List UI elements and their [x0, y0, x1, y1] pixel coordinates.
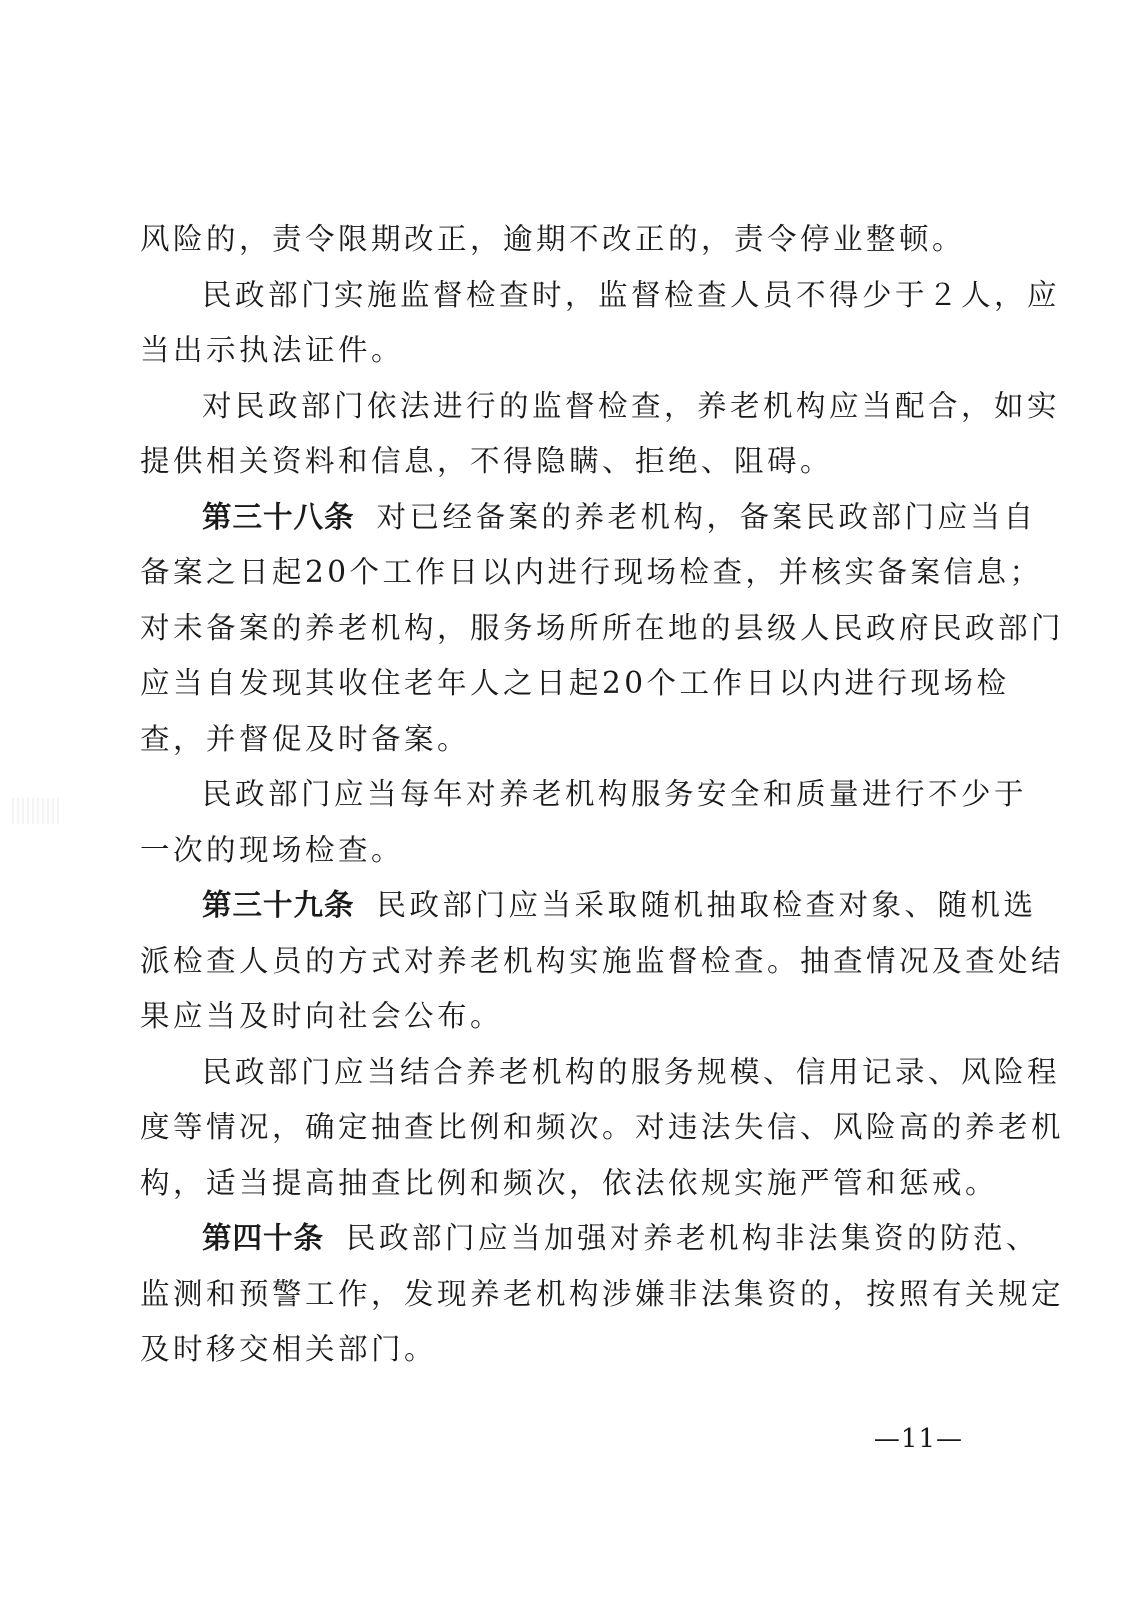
line-text: 民政部门应当每年对养老机构服务安全和质量进行不少于	[202, 777, 1027, 811]
article-40-line: 第四十条民政部门应当加强对养老机构非法集资的防范、	[140, 1211, 972, 1267]
text-line: 提供相关资料和信息，不得隐瞒、拒绝、阻碍。	[140, 434, 972, 490]
line-text: 派检查人员的方式对养老机构实施监督检查。抽查情况及查处结	[140, 944, 1064, 978]
paragraph-start-line: 民政部门应当每年对养老机构服务安全和质量进行不少于	[140, 767, 972, 823]
paragraph-start-line: 对民政部门依法进行的监督检查，养老机构应当配合，如实	[140, 379, 972, 435]
line-text: 一次的现场检查。	[140, 833, 404, 867]
paragraph-start-line: 民政部门实施监督检查时，监督检查人员不得少于２人，应	[140, 268, 972, 324]
text-line: 对未备案的养老机构，服务场所所在地的县级人民政府民政部门	[140, 601, 972, 657]
text-line: 应当自发现其收住老年人之日起20个工作日以内进行现场检	[140, 656, 972, 712]
line-text: 备案之日起20个工作日以内进行现场检查，并核实备案信息；	[140, 555, 1043, 589]
article-38-line: 第三十八条对已经备案的养老机构，备案民政部门应当自	[140, 490, 972, 546]
text-line: 当出示执法证件。	[140, 323, 972, 379]
text-line: 构，适当提高抽查比例和频次，依法依规实施严管和惩戒。	[140, 1156, 972, 1212]
text-line: 度等情况，确定抽查比例和频次。对违法失信、风险高的养老机	[140, 1100, 972, 1156]
document-body: 风险的，责令限期改正，逾期不改正的，责令停业整顿。 民政部门实施监督检查时，监督…	[140, 212, 972, 1378]
article-39-line: 第三十九条民政部门应当采取随机抽取检查对象、随机选	[140, 878, 972, 934]
text-line: 备案之日起20个工作日以内进行现场检查，并核实备案信息；	[140, 545, 972, 601]
line-text: 对未备案的养老机构，服务场所所在地的县级人民政府民政部门	[140, 611, 1064, 645]
article-heading: 第四十条	[202, 1221, 324, 1255]
line-text: 果应当及时向社会公布。	[140, 999, 503, 1033]
article-heading: 第三十九条	[202, 888, 355, 922]
line-text: 民政部门应当结合养老机构的服务规模、信用记录、风险程	[202, 1055, 1060, 1089]
text-line: 查，并督促及时备案。	[140, 712, 972, 768]
scan-artifact	[12, 798, 60, 824]
line-text: 应当自发现其收住老年人之日起20个工作日以内进行现场检	[140, 666, 1010, 700]
line-text: 风险的，责令限期改正，逾期不改正的，责令停业整顿。	[140, 222, 965, 256]
line-text: 对已经备案的养老机构，备案民政部门应当自	[377, 500, 1037, 534]
line-text: 提供相关资料和信息，不得隐瞒、拒绝、阻碍。	[140, 444, 833, 478]
text-line: 果应当及时向社会公布。	[140, 989, 972, 1045]
line-text: 民政部门实施监督检查时，监督检查人员不得少于２人，应	[202, 278, 1060, 312]
line-text: 查，并督促及时备案。	[140, 722, 470, 756]
article-heading: 第三十八条	[202, 500, 355, 534]
text-line: 监测和预警工作，发现养老机构涉嫌非法集资的，按照有关规定	[140, 1267, 972, 1323]
text-line: 派检查人员的方式对养老机构实施监督检查。抽查情况及查处结	[140, 934, 972, 990]
line-text: 度等情况，确定抽查比例和频次。对违法失信、风险高的养老机	[140, 1110, 1064, 1144]
paragraph-start-line: 民政部门应当结合养老机构的服务规模、信用记录、风险程	[140, 1045, 972, 1101]
line-text: 民政部门应当加强对养老机构非法集资的防范、	[346, 1221, 1039, 1255]
line-text: 构，适当提高抽查比例和频次，依法依规实施严管和惩戒。	[140, 1166, 998, 1200]
document-page: 风险的，责令限期改正，逾期不改正的，责令停业整顿。 民政部门实施监督检查时，监督…	[0, 0, 1131, 1600]
line-text: 及时移交相关部门。	[140, 1332, 437, 1366]
line-text: 对民政部门依法进行的监督检查，养老机构应当配合，如实	[202, 389, 1060, 423]
line-text: 监测和预警工作，发现养老机构涉嫌非法集资的，按照有关规定	[140, 1277, 1064, 1311]
line-text: 民政部门应当采取随机抽取检查对象、随机选	[377, 888, 1037, 922]
text-line: 风险的，责令限期改正，逾期不改正的，责令停业整顿。	[140, 212, 972, 268]
text-line: 及时移交相关部门。	[140, 1322, 972, 1378]
page-number: —11—	[874, 1424, 963, 1454]
text-line: 一次的现场检查。	[140, 823, 972, 879]
line-text: 当出示执法证件。	[140, 333, 404, 367]
